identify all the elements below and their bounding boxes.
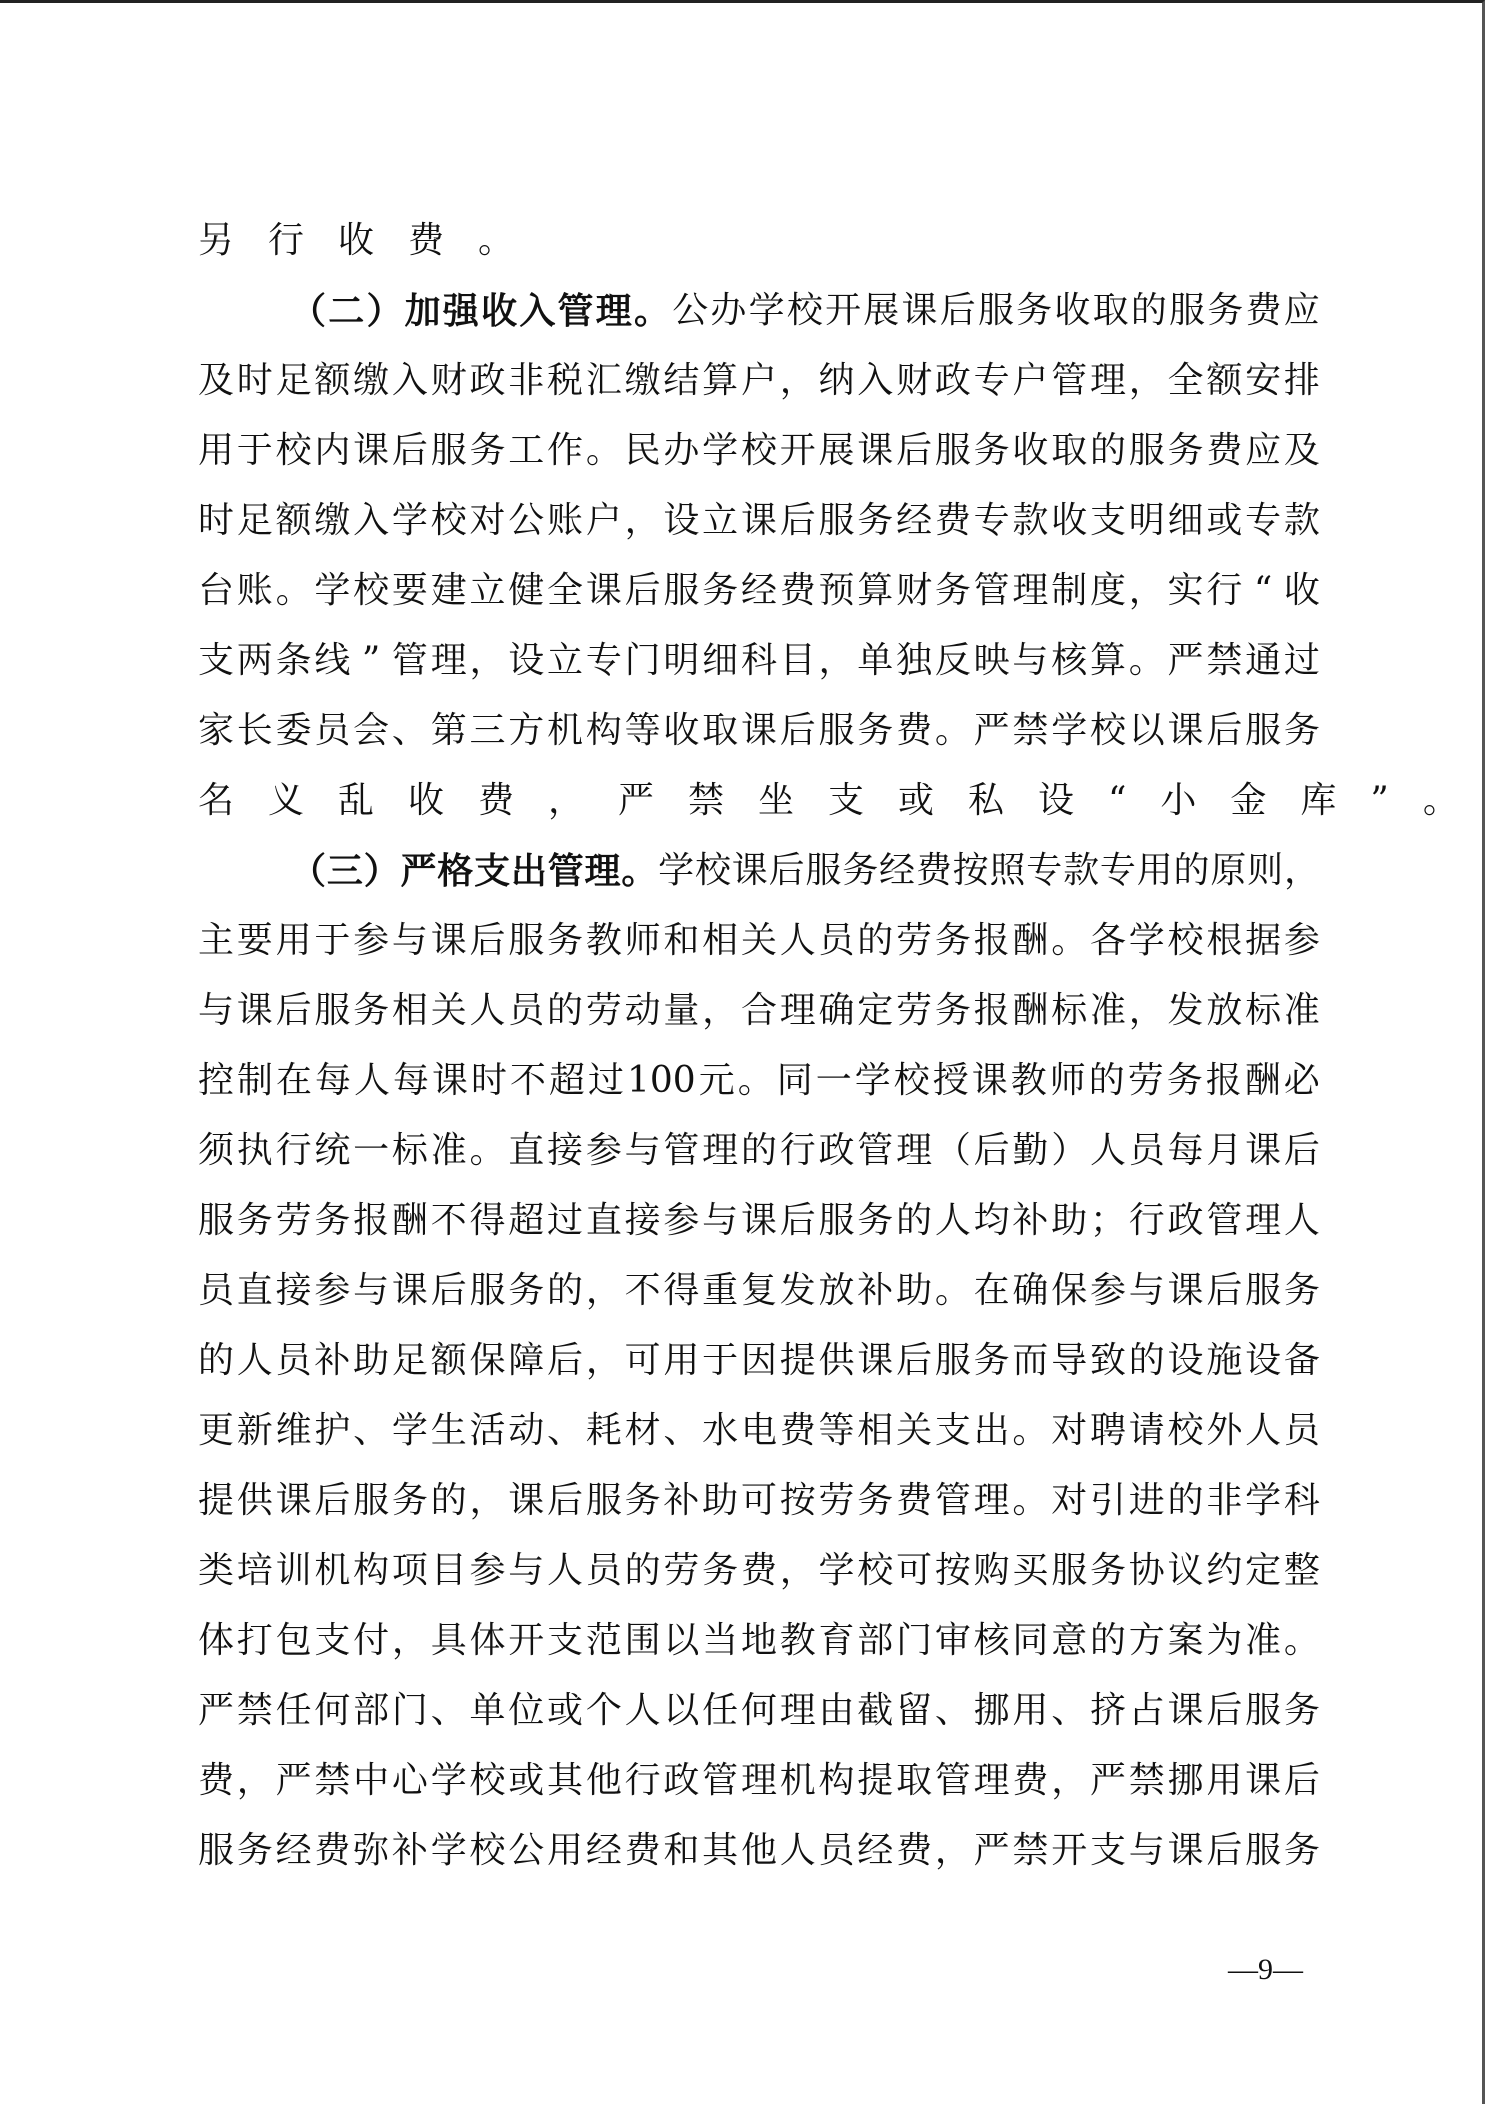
text-char: 库: [1300, 766, 1336, 836]
text-char: 设: [508, 626, 544, 696]
text-line: 支两条线”管理，设立专门明细科目，单独反映与核算。严禁通过: [198, 626, 1320, 696]
text-char: ，: [469, 1466, 505, 1536]
text-line: 主要用于参与课后服务教师和相关人员的劳务报酬。各学校根据参: [198, 906, 1320, 976]
text-char: 生: [431, 1396, 467, 1466]
text-char: 于: [237, 416, 273, 486]
text-char: 汇: [586, 346, 622, 416]
text-char: 的: [857, 906, 893, 976]
text-char: 助: [353, 1326, 389, 1396]
text-char: 实: [1168, 556, 1204, 626]
text-char: 。: [1284, 1606, 1320, 1676]
text-char: ”: [353, 626, 389, 696]
text-char: 展: [863, 276, 899, 346]
text-char: 后: [769, 836, 805, 906]
text-char: 课: [857, 1326, 893, 1396]
text-char: 校: [695, 836, 731, 906]
text-char: 服: [819, 486, 855, 556]
text-char: 课: [508, 1466, 544, 1536]
text-char: 服: [819, 696, 855, 766]
text-char: 或: [898, 766, 934, 836]
text-char: 与: [198, 976, 234, 1046]
text-char: 服: [978, 276, 1014, 346]
text-char: 立: [702, 486, 738, 556]
text-char: 劳: [586, 976, 622, 1046]
text-char: 后: [940, 276, 976, 346]
text-char: 务: [1284, 1676, 1320, 1746]
text-char: 关: [431, 976, 467, 1046]
text-char: 理: [702, 1116, 738, 1186]
text-char: 意: [1051, 1606, 1087, 1676]
text-char: 课: [857, 416, 893, 486]
text-char: 构: [353, 1536, 389, 1606]
text-char: 、: [663, 1396, 699, 1466]
text-char: 务: [1284, 1816, 1320, 1886]
text-char: ；: [1090, 1186, 1126, 1256]
text-char: 另: [198, 206, 234, 276]
text-char: 供: [819, 1326, 855, 1396]
text-char: 的: [741, 1116, 777, 1186]
text-char: 立: [469, 556, 505, 626]
text-char: 保: [469, 1326, 505, 1396]
text-char: ）: [1051, 1116, 1087, 1186]
text-char: 备: [1284, 1326, 1320, 1396]
text-char: （: [290, 836, 326, 906]
text-char: 应: [1245, 416, 1281, 486]
text-char: 与: [1012, 626, 1048, 696]
text-char: 学: [1051, 696, 1087, 766]
text-char: 后: [780, 486, 816, 556]
text-char: 校: [469, 1816, 505, 1886]
text-char: 报: [1206, 1046, 1242, 1116]
text-char: 后: [1206, 1256, 1242, 1326]
text-char: 财: [896, 346, 932, 416]
text-char: 机: [547, 696, 583, 766]
text-char: 确: [819, 976, 855, 1046]
text-char: 须: [198, 1116, 234, 1186]
text-char: 人: [237, 1326, 273, 1396]
text-char: 足: [392, 1326, 428, 1396]
text-char: 课: [1168, 1816, 1204, 1886]
text-char: 服: [198, 1816, 234, 1886]
text-char: 。: [1012, 1466, 1048, 1536]
text-char: 管: [1051, 346, 1087, 416]
text-char: 发: [1168, 976, 1204, 1046]
text-char: 补: [392, 1816, 428, 1886]
text-char: 接: [625, 1186, 661, 1256]
text-char: 以: [663, 1676, 699, 1746]
text-char: 家: [198, 696, 234, 766]
text-char: 款: [1063, 836, 1099, 906]
text-char: 明: [663, 626, 699, 696]
text-line: 台账。学校要建立健全课后服务经费预算财务管理制度，实行“收: [198, 556, 1320, 626]
text-char: 费: [916, 836, 952, 906]
text-char: 的: [1168, 1466, 1204, 1536]
text-char: 课: [1245, 1116, 1281, 1186]
text-char: 、: [353, 1396, 389, 1466]
text-char: 原: [1210, 836, 1246, 906]
text-char: 外: [1206, 1396, 1242, 1466]
text-char: 的: [1131, 276, 1167, 346]
text-char: 课: [902, 276, 938, 346]
text-char: 范: [586, 1606, 622, 1676]
text-char: 对: [1051, 1396, 1087, 1466]
text-char: 费: [780, 556, 816, 626]
text-char: 。: [621, 836, 657, 906]
text-char: 助: [896, 1256, 932, 1326]
text-char: 中: [353, 1746, 389, 1816]
text-char: 课: [276, 1466, 312, 1536]
text-line: 服务劳务报酬不得超过直接参与课后服务的人均补助；行政管理人: [198, 1186, 1320, 1256]
text-char: 服: [198, 1186, 234, 1256]
text-char: 经: [276, 1816, 312, 1886]
text-char: 或: [1206, 486, 1242, 556]
text-char: 学: [392, 1396, 428, 1466]
text-char: 理: [741, 1746, 777, 1816]
text-char: 地: [741, 1606, 777, 1676]
text-char: 专: [1245, 486, 1281, 556]
text-char: 放: [819, 1256, 855, 1326]
text-char: 后: [547, 1466, 583, 1536]
text-char: 要: [392, 556, 428, 626]
text-char: 专: [1100, 836, 1136, 906]
text-char: 排: [1284, 346, 1320, 416]
text-char: 。: [469, 1116, 505, 1186]
text-char: 独: [896, 626, 932, 696]
text-char: 标: [392, 1116, 428, 1186]
text-char: 助: [702, 1466, 738, 1536]
text-char: 劳: [1128, 1046, 1164, 1116]
text-char: 执: [237, 1116, 273, 1186]
text-char: 行: [625, 1746, 661, 1816]
text-char: 支: [198, 626, 234, 696]
text-char: 务: [1284, 1256, 1320, 1326]
text-char: 校: [276, 416, 312, 486]
text-char: 务: [1167, 1046, 1203, 1116]
text-char: 劳: [896, 976, 932, 1046]
text-char: 机: [314, 1536, 350, 1606]
text-char: 设: [663, 486, 699, 556]
text-char: 构: [819, 1746, 855, 1816]
text-char: 补: [663, 1466, 699, 1536]
text-char: 每: [315, 1046, 351, 1116]
text-char: 格: [437, 836, 473, 906]
text-char: 部: [353, 1676, 389, 1746]
text-char: 对: [1051, 1466, 1087, 1536]
text-char: 的: [1090, 1606, 1126, 1676]
text-char: 取: [1093, 276, 1129, 346]
text-char: ，: [237, 1746, 273, 1816]
text-char: 的: [431, 1466, 467, 1536]
text-char: 控: [198, 1046, 234, 1116]
text-char: 理: [1012, 556, 1048, 626]
text-char: 后: [1206, 696, 1242, 766]
text-char: 足: [276, 346, 312, 416]
text-char: 提: [780, 1326, 816, 1396]
text-char: 开: [508, 1606, 544, 1676]
text-char: 务: [237, 1186, 273, 1256]
text-char: 后: [1284, 1116, 1320, 1186]
text-char: 占: [1129, 1676, 1165, 1746]
text-char: 严: [1090, 1746, 1126, 1816]
text-char: 开: [780, 416, 816, 486]
text-char: 均: [974, 1186, 1010, 1256]
text-char: 务: [1207, 276, 1243, 346]
text-char: 制: [1051, 556, 1087, 626]
text-char: 出: [511, 836, 547, 906]
text-char: 重: [702, 1256, 738, 1326]
text-char: 服: [935, 1326, 971, 1396]
text-char: 理: [596, 276, 632, 346]
text-char: 反: [935, 626, 971, 696]
text-char: 学: [1129, 906, 1165, 976]
text-char: ，: [625, 486, 661, 556]
text-char: 接: [547, 1116, 583, 1186]
text-char: 支: [474, 836, 510, 906]
text-char: 准: [1090, 976, 1126, 1046]
text-char: 收: [338, 206, 374, 276]
text-char: 立: [547, 626, 583, 696]
text-char: ，: [586, 1326, 622, 1396]
text-char: 严: [974, 1816, 1010, 1886]
text-char: 务: [508, 1256, 544, 1326]
text-char: 取: [896, 1746, 932, 1816]
text-char: 学: [819, 1536, 855, 1606]
text-char: 相: [702, 906, 738, 976]
text-char: 全: [547, 556, 583, 626]
text-char: 人: [780, 906, 816, 976]
text-char: 导: [1051, 1326, 1087, 1396]
text-char: 在: [276, 1046, 312, 1116]
text-char: 应: [1284, 276, 1320, 346]
text-line: 时足额缴入学校对公账户，设立课后服务经费专款收支明细或专款: [198, 486, 1320, 556]
text-char: 取: [1051, 416, 1087, 486]
text-char: 费: [1245, 276, 1281, 346]
text-char: 助: [1051, 1186, 1087, 1256]
text-char: 理: [431, 626, 467, 696]
text-char: 育: [819, 1606, 855, 1676]
text-char: 务: [392, 1466, 428, 1536]
text-line: 类培训机构项目参与人员的劳务费，学校可按购买服务协议约定整: [198, 1536, 1320, 1606]
text-line: 提供课后服务的，课后服务补助可按劳务费管理。对引进的非学科: [198, 1466, 1320, 1536]
text-char: 他: [741, 1816, 777, 1886]
text-char: 线: [314, 626, 350, 696]
text-char: 确: [1012, 1256, 1048, 1326]
text-char: 专: [974, 486, 1010, 556]
text-char: 校: [1168, 906, 1204, 976]
text-char: 体: [469, 1606, 505, 1676]
text-char: 费: [198, 1746, 234, 1816]
text-char: 审: [935, 1606, 971, 1676]
text-char: 人: [354, 1046, 390, 1116]
text-char: 算: [702, 346, 738, 416]
text-char: 制: [237, 1046, 273, 1116]
text-char: 勤: [1012, 1116, 1048, 1186]
text-char: 费: [896, 1466, 932, 1536]
text-char: 用: [276, 906, 312, 976]
text-char: 校: [431, 486, 467, 556]
text-char: 。: [634, 276, 670, 346]
text-char: 参: [1090, 1256, 1126, 1326]
text-char: 务: [1016, 276, 1052, 346]
text-char: 员: [198, 1256, 234, 1326]
text-char: 安: [1245, 346, 1281, 416]
document-body: 另行收费。 （二）加强收入管理。公办学校开展课后服务收取的服务费应 及时足额缴入…: [198, 206, 1320, 1886]
text-char: 与: [702, 1186, 738, 1256]
text-char: 挪: [1168, 1746, 1204, 1816]
text-char: 不: [431, 1186, 467, 1256]
text-char: 的: [896, 1186, 932, 1256]
text-char: 学: [749, 276, 785, 346]
text-char: 款: [1284, 486, 1320, 556]
text-char: 聘: [1090, 1396, 1126, 1466]
text-char: 入: [392, 346, 428, 416]
text-char: 教: [780, 1606, 816, 1676]
text-char: 服: [1169, 276, 1205, 346]
text-char: 劳: [276, 1186, 312, 1256]
text-char: 校: [1168, 1396, 1204, 1466]
text-char: 不: [510, 1046, 546, 1116]
text-char: 服: [1245, 1256, 1281, 1326]
text-char: 员: [819, 1816, 855, 1886]
text-line: 家长委员会、第三方机构等收取课后服务费。严禁学校以课后服务: [198, 696, 1320, 766]
text-char: 。: [935, 1256, 971, 1326]
text-char: 财: [896, 556, 932, 626]
text-char: 新: [237, 1396, 273, 1466]
text-char: 经: [586, 1816, 622, 1886]
text-char: 非: [508, 346, 544, 416]
text-char: 按: [935, 1536, 971, 1606]
text-char: 个: [586, 1676, 622, 1746]
text-char: 酬: [1012, 976, 1048, 1046]
text-char: ”: [1370, 766, 1388, 836]
text-char: 小: [1160, 766, 1196, 836]
text-char: 乱: [338, 766, 374, 836]
text-char: 参: [314, 1256, 350, 1326]
text-char: 户: [1012, 346, 1048, 416]
text-char: 准: [431, 1116, 467, 1186]
text-char: 管: [1206, 1186, 1242, 1256]
text-char: 具: [431, 1606, 467, 1676]
text-char: 收: [1054, 276, 1090, 346]
text-char: 入: [353, 486, 389, 556]
text-char: 。: [1012, 1396, 1048, 1466]
text-char: 费: [896, 696, 932, 766]
text-line: 另行收费。: [198, 206, 1320, 276]
text-char: 进: [1129, 1466, 1165, 1536]
text-char: 其: [547, 1746, 583, 1816]
text-char: 细: [1168, 486, 1204, 556]
text-char: 可: [625, 1326, 661, 1396]
text-char: 行: [276, 1116, 312, 1186]
text-char: 后: [276, 976, 312, 1046]
text-char: 校: [741, 416, 777, 486]
text-char: 动: [508, 1396, 544, 1466]
text-char: 务: [1168, 416, 1204, 486]
text-char: 和: [663, 1816, 699, 1886]
text-char: 以: [1129, 696, 1165, 766]
text-char: 学: [855, 1046, 891, 1116]
text-char: ，: [1129, 556, 1165, 626]
text-line: 控制在每人每课时不超过100元。同一学校授课教师的劳务报酬必: [198, 1046, 1320, 1116]
text-char: 供: [237, 1466, 273, 1536]
text-char: 以: [663, 1606, 699, 1676]
text-char: 准: [1245, 1606, 1281, 1676]
text-char: 的: [547, 1256, 583, 1326]
text-line: 须执行统一标准。直接参与管理的行政管理（后勤）人员每月课后: [198, 1116, 1320, 1186]
text-char: 超: [549, 1046, 585, 1116]
text-char: 。: [586, 416, 622, 486]
text-char: 维: [276, 1396, 312, 1466]
text-char: 等: [819, 1396, 855, 1466]
text-char: 支: [935, 1396, 971, 1466]
text-char: 务: [702, 1536, 738, 1606]
text-char: 不: [625, 1256, 661, 1326]
text-char: 后: [896, 1326, 932, 1396]
text-char: 科: [1284, 1466, 1320, 1536]
text-char: 报: [974, 906, 1010, 976]
text-char: 参: [663, 1186, 699, 1256]
text-char: 学: [431, 1816, 467, 1886]
text-char: 政: [663, 1746, 699, 1816]
text-char: 。: [738, 1046, 774, 1116]
text-char: ，: [819, 626, 855, 696]
text-char: 度: [1090, 556, 1126, 626]
text-char: 各: [1090, 906, 1126, 976]
text-char: 直: [237, 1256, 273, 1326]
text-char: 议: [1168, 1536, 1204, 1606]
text-char: 放: [1206, 976, 1242, 1046]
text-char: 行: [268, 206, 304, 276]
text-char: 课: [586, 556, 622, 626]
text-char: 办: [710, 276, 746, 346]
text-char: 经: [896, 486, 932, 556]
text-char: 请: [1129, 1396, 1165, 1466]
text-char: 得: [469, 1186, 505, 1256]
text-char: 类: [198, 1536, 234, 1606]
text-line: 与课后服务相关人员的劳动量，合理确定劳务报酬标准，发放标准: [198, 976, 1320, 1046]
text-char: 与: [508, 1536, 544, 1606]
text-char: 围: [625, 1606, 661, 1676]
text-char: 办: [663, 416, 699, 486]
text-char: ，: [1051, 1746, 1087, 1816]
text-char: 按: [780, 1466, 816, 1536]
text-char: 何: [314, 1676, 350, 1746]
text-char: 户: [586, 486, 622, 556]
text-char: 人: [1090, 1116, 1126, 1186]
text-char: 发: [780, 1256, 816, 1326]
text-char: 超: [508, 1186, 544, 1256]
text-char: 参: [586, 1116, 622, 1186]
text-char: 培: [237, 1536, 273, 1606]
text-char: 专: [974, 346, 1010, 416]
text-char: 费: [1012, 1746, 1048, 1816]
text-char: 定: [1245, 1536, 1281, 1606]
text-char: 门: [625, 626, 661, 696]
text-char: 理: [1090, 346, 1126, 416]
text-char: 专: [586, 626, 622, 696]
text-char: ，: [1129, 346, 1165, 416]
text-char: 障: [508, 1326, 544, 1396]
text-char: 留: [896, 1676, 932, 1746]
text-char: 后: [392, 416, 428, 486]
text-char: 服: [469, 1256, 505, 1326]
text-char: 课: [972, 1046, 1008, 1116]
text-char: 经: [857, 1816, 893, 1886]
text-char: 其: [702, 1816, 738, 1886]
text-char: 务: [857, 696, 893, 766]
text-char: 校: [353, 556, 389, 626]
text-line: 严禁任何部门、单位或个人以任何理由截留、挪用、挤占课后服务: [198, 1676, 1320, 1746]
